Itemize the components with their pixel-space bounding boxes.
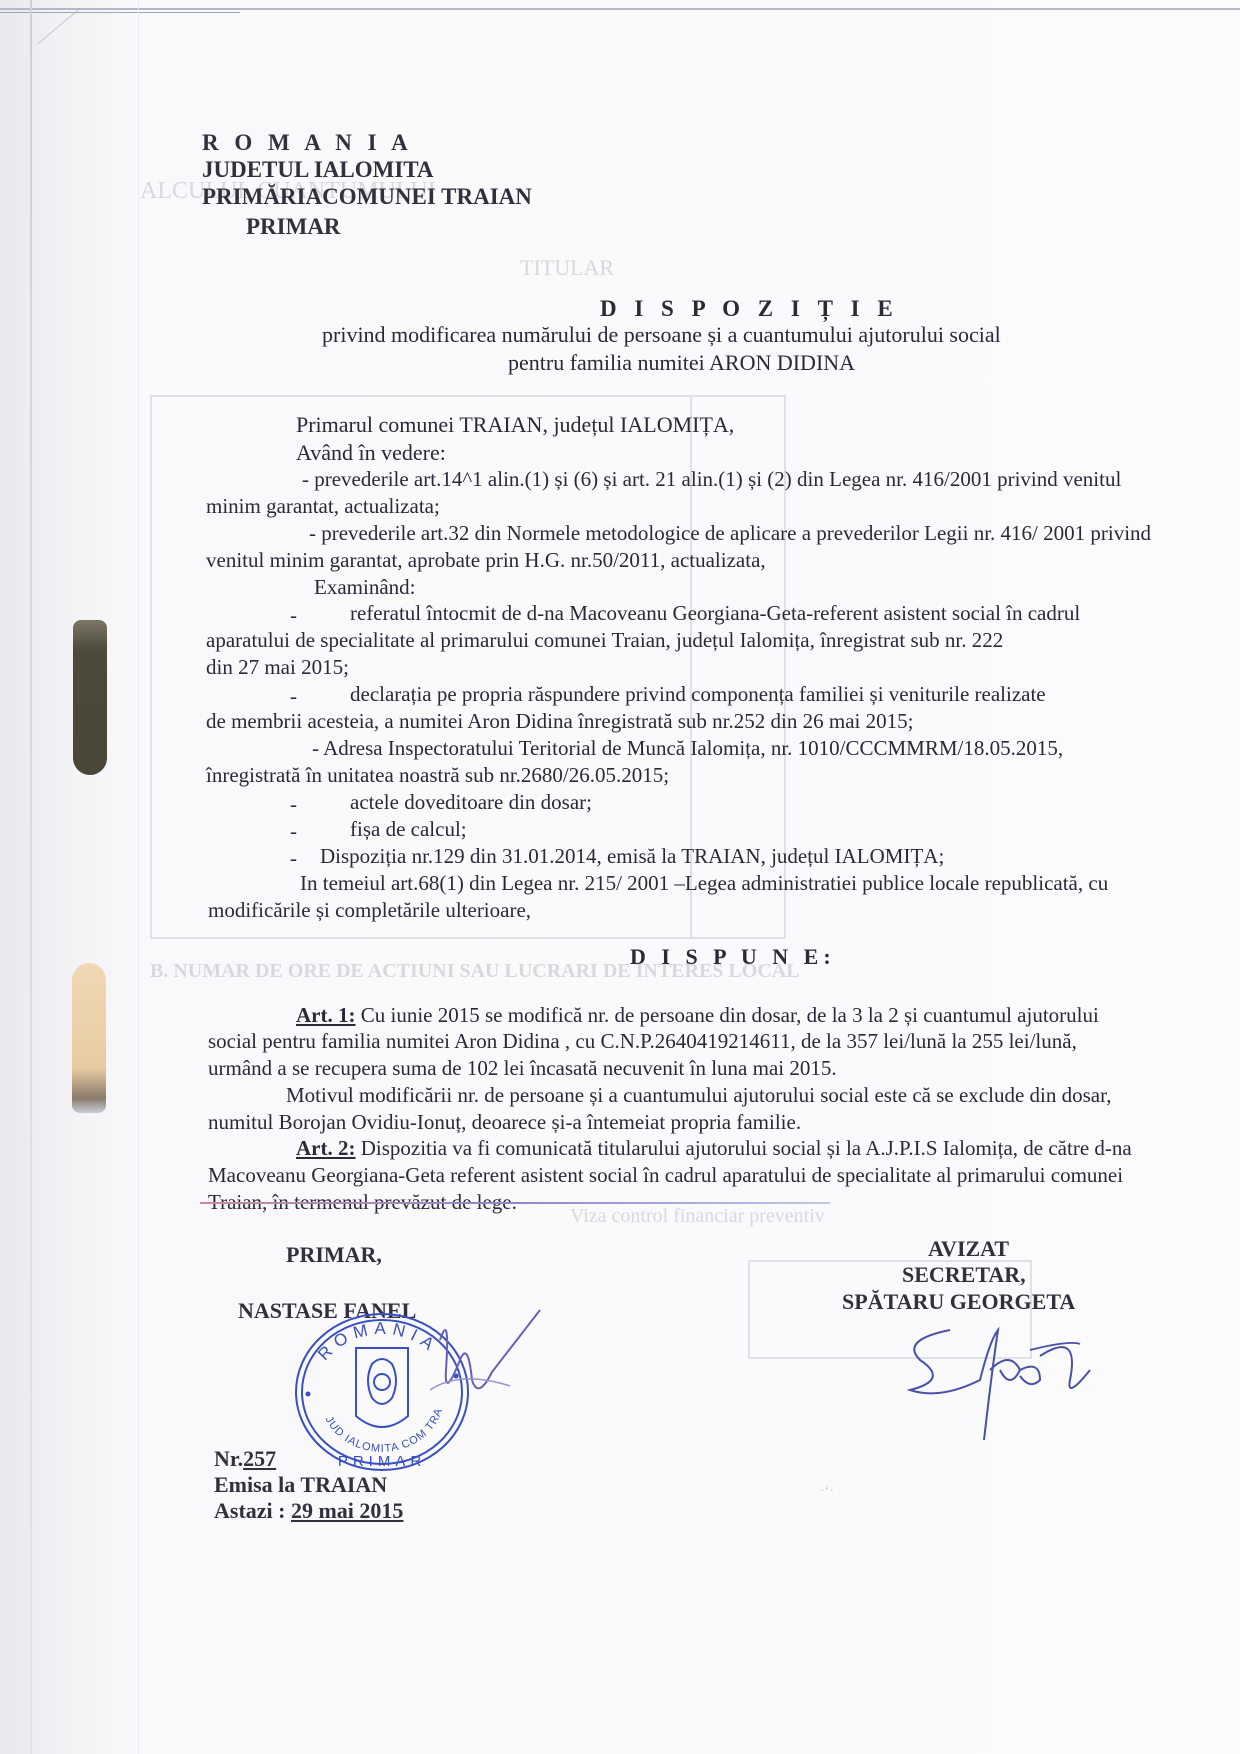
bleed-through-text: Viza control financiar preventiv: [570, 1205, 825, 1228]
decision-heading: D I S P U N E:: [630, 944, 836, 970]
examining-item-5-bullet: -: [290, 818, 297, 844]
examining-item-6-line1: Dispoziția nr.129 din 31.01.2014, emisă …: [320, 843, 944, 869]
binder-clip-light: [72, 963, 106, 1113]
issue-date-value: 29 mai 2015: [291, 1498, 403, 1523]
examining-item-4-line1: actele doveditoare din dosar;: [350, 789, 592, 815]
article-2-line1: Art. 2: Dispozitia va fi comunicată titu…: [296, 1135, 1132, 1161]
legal-basis-line2: modificările și completările ulterioare,: [208, 897, 531, 923]
examining-item-5-line1: fișa de calcul;: [350, 816, 467, 842]
bleed-through-text: TITULAR: [520, 255, 614, 281]
article-2-label: Art. 2:: [296, 1136, 355, 1160]
approved-label: AVIZAT: [928, 1236, 1009, 1262]
article-1-line1: Art. 1: Cu iunie 2015 se modifică nr. de…: [296, 1002, 1099, 1028]
examining-item-1-line3: din 27 mai 2015;: [206, 654, 349, 680]
issue-date: Astazi : 29 mai 2015: [214, 1498, 403, 1524]
scan-speck: ·‘·: [820, 1484, 834, 1500]
article-2-line2: Macoveanu Georgiana-Geta referent asiste…: [208, 1162, 1123, 1188]
considering-label: Având în vedere:: [296, 440, 446, 466]
considering-item-2-line2: venitul minim garantat, aprobate prin H.…: [206, 547, 766, 573]
considering-item-1-line2: minim garantat, actualizata;: [206, 493, 440, 519]
strike-line: [200, 1202, 830, 1204]
scanned-page: ALCULUL CUANTUMULUI TITULAR B. NUMAR DE …: [0, 0, 1240, 1754]
article-1-line3: urmând a se recupera suma de 102 lei înc…: [208, 1055, 837, 1081]
header-county: JUDETUL IALOMITA: [202, 157, 434, 183]
document-number-label: Nr.: [214, 1446, 243, 1471]
legal-basis-line1: In temeiul art.68(1) din Legea nr. 215/ …: [300, 870, 1108, 896]
document-subtitle-line1: privind modificarea numărului de persoan…: [322, 322, 1001, 348]
mayor-title: PRIMAR,: [286, 1242, 382, 1268]
issuer-line: Primarul comunei TRAIAN, județul IALOMIȚ…: [296, 412, 734, 438]
secretary-signature: [880, 1310, 1130, 1440]
stamp-bottom-text: PRIMAR: [338, 1453, 426, 1470]
binder-clip-dark: [73, 620, 107, 775]
header-office: PRIMAR: [246, 214, 341, 240]
document-title: D I S P O Z I Ț I E: [600, 296, 899, 322]
examining-item-3-line1: - Adresa Inspectoratului Teritorial de M…: [312, 735, 1063, 761]
article-1-label: Art. 1:: [296, 1003, 355, 1027]
issue-date-label: Astazi :: [214, 1498, 291, 1523]
scan-edge-top: [0, 8, 1240, 10]
secretary-title: SECRETAR,: [902, 1262, 1026, 1288]
document-number-value: 257: [243, 1446, 276, 1471]
reason-line1: Motivul modificării nr. de persoane și a…: [286, 1082, 1112, 1108]
examining-item-2-line1: declarația pe propria răspundere privind…: [350, 681, 1046, 707]
examining-item-6-bullet: -: [290, 845, 297, 871]
examining-item-1-line1: referatul întocmit de d-na Macoveanu Geo…: [350, 600, 1080, 626]
article-2-text: Dispozitia va fi comunicată titularului …: [355, 1136, 1131, 1160]
article-1-line2: social pentru familia numitei Aron Didin…: [208, 1028, 1077, 1054]
document-number: Nr.257: [214, 1446, 276, 1472]
examining-label: Examinând:: [314, 574, 415, 600]
considering-item-1-line1: - prevederile art.14^1 alin.(1) și (6) ș…: [302, 466, 1121, 492]
examining-item-1-line2: aparatului de specialitate al primarului…: [206, 627, 1003, 653]
scan-edge-left: [30, 0, 32, 1754]
article-1-text: Cu iunie 2015 se modifică nr. de persoan…: [355, 1003, 1098, 1027]
examining-item-2-bullet: -: [290, 683, 297, 709]
page-fold-line: [138, 0, 139, 1754]
examining-item-4-bullet: -: [290, 791, 297, 817]
reason-line2: numitul Borojan Ovidiu-Ionuț, deoarece ș…: [208, 1109, 801, 1135]
examining-item-2-line2: de membrii acesteia, a numitei Aron Didi…: [206, 708, 913, 734]
issued-at: Emisa la TRAIAN: [214, 1472, 387, 1498]
folded-corner: [0, 8, 81, 44]
mayor-signature: [420, 1300, 560, 1420]
header-town-hall: PRIMĂRIACOMUNEI TRAIAN: [202, 184, 532, 210]
examining-item-3-line2: înregistrată în unitatea noastră sub nr.…: [206, 762, 669, 788]
examining-item-1-bullet: -: [290, 602, 297, 628]
header-country: R O M A N I A: [202, 130, 413, 156]
document-subtitle-line2: pentru familia numitei ARON DIDINA: [508, 350, 855, 376]
considering-item-2-line1: - prevederile art.32 din Normele metodol…: [309, 520, 1151, 546]
